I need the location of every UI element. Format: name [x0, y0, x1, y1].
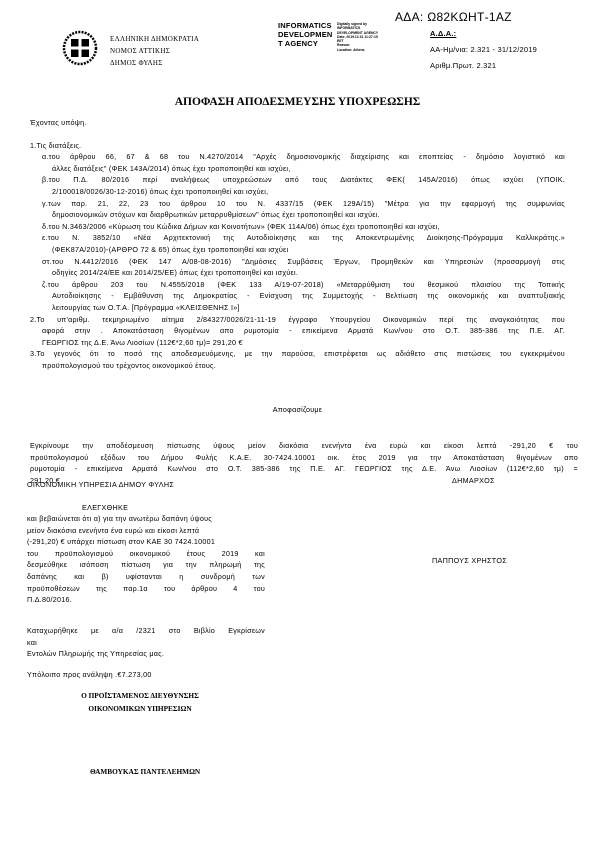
provision-g-cont: Αυτοδιοίκησης - Εμβάθυνση της Δημοκρατία… [30, 290, 565, 302]
section2-line: ΓΕΩΡΓΙΟΣ της Δ.Ε. Άνω Λιοσίων (112€*2,60… [30, 337, 565, 349]
authority-line: ΔΗΜΟΣ ΦΥΛΗΣ [110, 57, 199, 69]
fs-line: προϋποθέσεων της παρ.1α του άρθρου 4 του [27, 583, 265, 595]
section2-line: αφορά στην . Αποκατάσταση θιγομένων απο … [30, 325, 565, 337]
provision-b: β.του Π.Δ. 80/2016 περί αναλήψεως υποχρε… [30, 174, 565, 186]
logo-line: INFORMATICS [278, 21, 333, 30]
protocol-number: Αριθμ.Πρωτ. 2.321 [430, 58, 537, 74]
decide-heading: Αποφασίζουμε [0, 404, 595, 416]
registered-line: και [27, 637, 265, 649]
decision-line: ρυμοτομία - επικείμενα Αρματά Κων/νου στ… [30, 463, 578, 475]
provision-e: ε.του Ν. 3852/10 «Νέα Αρχιτεκτονική της … [30, 232, 565, 244]
fs-line: (-291,20) € υπάρχει πίστωση στον ΚΑΕ 30 … [27, 536, 265, 548]
decision-line: προϋπολογισμού εξόδων του Δήμου Φυλής Κ.… [30, 452, 578, 464]
section2-line: 2.Το υπ'αριθμ. τεκμηριωμένο αίτημα 2/843… [30, 314, 565, 326]
fs-line: δεσμεύθηκε ισόποση πίστωση για την πληρω… [27, 559, 265, 571]
registration-text: Καταχωρήθηκε με α/α /2321 στο Βιβλίο Εγκ… [27, 625, 265, 660]
ada-label: Α.Δ.Α.: [430, 26, 537, 42]
mayor-name: ΠΑΠΠΟΥΣ ΧΡΗΣΤΟΣ [432, 556, 507, 565]
authority-line: ΝΟΜΟΣ ΑΤΤΙΚΗΣ [110, 45, 199, 57]
decision-line: Εγκρίνουμε την αποδέσμευση πίστωσης ύψου… [30, 440, 578, 452]
section3-line: 3.Το γεγονός ότι το ποσό της αποδεσμευόμ… [30, 348, 565, 360]
logo-line: T AGENCY [278, 39, 333, 48]
financial-service-heading: ΟΙΚΟΝΟΜΙΚΗ ΥΠΗΡΕΣΙΑ ΔΗΜΟΥ ΦΥΛΗΣ [27, 480, 174, 489]
fs-line: του προϋπολογισμού οικονομικού έτους 201… [27, 548, 265, 560]
fs-line: μείον διακόσια ενενήντα ένα ευρώ και είκ… [27, 525, 265, 537]
fs-line: και βεβαιώνεται ότι α) για την ανωτέρω δ… [27, 513, 265, 525]
intro-text: Έχοντας υπόψη. [30, 117, 565, 129]
reference-block: Α.Δ.Α.: ΑΑ-Ημ/νια: 2.321 - 31/12/2019 Αρ… [430, 26, 537, 74]
authority-line: ΕΛΛΗΝΙΚΗ ΔΗΜΟΚΡΑΤΙΑ [110, 33, 199, 45]
document-title: ΑΠΟΦΑΣΗ ΑΠΟΔΕΣΜΕΥΣΗΣ ΥΠΟΧΡΕΩΣΗΣ [0, 96, 595, 108]
section1-heading: 1.Τις διατάξεις. [30, 140, 565, 152]
stamp-line: Location: Athens [337, 48, 379, 52]
director-title-line: Ο ΠΡΟΪΣΤΑΜΕΝΟΣ ΔΙΕΥΘΥΝΣΗΣ [60, 689, 220, 702]
document-body: Έχοντας υπόψη. 1.Τις διατάξεις. α.του άρ… [30, 117, 565, 371]
fs-line: Π.Δ.80/2016. [27, 594, 265, 606]
financial-service-text: και βεβαιώνεται ότι α) για την ανωτέρω δ… [27, 513, 265, 606]
provision-g: ζ.του άρθρου 203 του Ν.4555/2018 (ΦΕΚ 13… [30, 279, 565, 291]
mayor-title: ΔΗΜΑΡΧΟΣ [452, 476, 495, 485]
provision-c-cont: δημοσιονομικών στόχων και διαρθρωτικών μ… [30, 209, 565, 221]
director-title: Ο ΠΡΟΪΣΤΑΜΕΝΟΣ ΔΙΕΥΘΥΝΣΗΣ ΟΙΚΟΝΟΜΙΚΩΝ ΥΠ… [60, 689, 220, 715]
logo-line: DEVELOPMEN [278, 30, 333, 39]
provision-e-cont: (ΦΕΚ87Α/2010)-(ΑΡΘΡΟ 72 & 65) όπως έχει … [30, 244, 565, 256]
reference-date: ΑΑ-Ημ/νια: 2.321 - 31/12/2019 [430, 42, 537, 58]
registered-line: Καταχωρήθηκε με α/α /2321 στο Βιβλίο Εγκ… [27, 625, 265, 637]
provision-f-cont: οδηγίες 2014/24/ΕΕ και 2014/25/ΕΕ) όπως … [30, 267, 565, 279]
section3-line: προϋπολογισμού του τρέχοντος οικονομικού… [30, 360, 565, 372]
remaining-balance: Υπόλοιπο προς ανάληψη .€7.273,00 [27, 669, 152, 681]
registered-line: Εντολών Πληρωμής της Υπηρεσίας μας. [27, 648, 265, 660]
provision-b-cont: 2/100018/0026/30-12-2016) όπως έχει τροπ… [30, 186, 565, 198]
provision-a-cont: άλλες διατάξεις" (ΦΕΚ 143Α/2014) όπως έχ… [30, 163, 565, 175]
provision-c: γ.των παρ. 21, 22, 23 του άρθρου 10 του … [30, 198, 565, 210]
provision-g-cont2: λειτουργίας των Ο.Τ.Α. [Πρόγραμμα «ΚΛΕΙΣ… [30, 302, 565, 314]
provision-f: στ.του Ν.4412/2016 (ΦΕΚ 147 Α/08-08-2016… [30, 256, 565, 268]
director-name: ΘΑΜΒΟΥΚΑΣ ΠΑΝΤΕΛΕΗΜΩΝ [90, 767, 200, 776]
issuing-authority: ΕΛΛΗΝΙΚΗ ΔΗΜΟΚΡΑΤΙΑ ΝΟΜΟΣ ΑΤΤΙΚΗΣ ΔΗΜΟΣ … [110, 33, 199, 69]
informatics-agency-logo: INFORMATICS DEVELOPMEN T AGENCY [278, 21, 333, 48]
ada-code: ΑΔΑ: Ω82ΚΩΗΤ-1ΑΖ [395, 10, 512, 24]
greek-coat-of-arms-icon [62, 30, 98, 66]
provision-d: δ.του Ν.3463/2006 «Κύρωση του Κώδικα Δήμ… [30, 221, 565, 233]
fs-line: δαπάνης και β) υφίστανται η συνδρομή των [27, 571, 265, 583]
checked-label: ΕΛΕΓΧΘΗΚΕ [82, 503, 128, 512]
digital-signature-stamp: Digitally signed by INFORMATICS DEVELOPM… [337, 22, 379, 52]
director-title-line: ΟΙΚΟΝΟΜΙΚΩΝ ΥΠΗΡΕΣΙΩΝ [60, 702, 220, 715]
provision-a: α.του άρθρου 66, 67 & 68 του Ν.4270/2014… [30, 151, 565, 163]
